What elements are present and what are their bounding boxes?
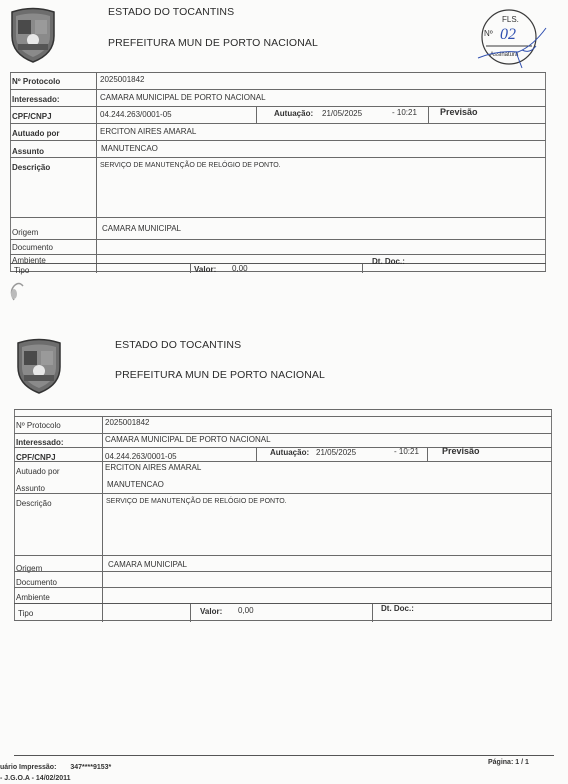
state-heading: ESTADO DO TOCANTINS	[108, 6, 234, 18]
footer-rule	[14, 755, 554, 756]
label-previsao: Previsão	[442, 447, 480, 462]
label-origem: Origem	[12, 229, 38, 239]
municipality-heading: PREFEITURA MUN DE PORTO NACIONAL	[115, 369, 325, 381]
value-autuacao-time: - 10:21	[394, 448, 419, 462]
row-documento: Documento	[10, 239, 546, 255]
value-autuacao-date: 21/05/2025	[322, 110, 362, 124]
row-documento: Documento	[14, 571, 552, 588]
row-autuado-por: Autuado por ERCITON AIRES AMARAL	[14, 461, 552, 479]
value-autuado-por: ERCITON AIRES AMARAL	[105, 464, 201, 479]
municipal-crest-icon	[8, 6, 58, 64]
label-previsao: Previsão	[440, 108, 478, 124]
municipality-heading: PREFEITURA MUN DE PORTO NACIONAL	[108, 37, 318, 49]
label-dt-doc: Dt. Doc.:	[381, 605, 414, 622]
label-descricao: Descrição	[12, 164, 50, 172]
label-autuacao: Autuação:	[274, 110, 313, 124]
stamp-fls-label: FLS.	[502, 15, 519, 24]
print-user-label: uário Impressão:	[0, 764, 56, 771]
value-autuacao-time: - 10:21	[392, 109, 417, 124]
row-autuado-por: Autuado por ERCITON AIRES AMARAL	[10, 123, 546, 141]
folio-stamp: FLS. Nº 02 Assinatura	[478, 6, 540, 68]
row-ambiente: Ambiente	[14, 587, 552, 604]
row-origem: Origem CAMARA MUNICIPAL	[14, 555, 552, 572]
row-protocolo: Nº Protocolo 2025001842	[14, 416, 552, 434]
row-assunto: Assunto MANUTENCAO	[10, 140, 546, 158]
row-origem: Origem CAMARA MUNICIPAL	[10, 224, 546, 239]
print-user-value: 347****9153*	[70, 764, 111, 771]
label-valor: Valor:	[200, 608, 222, 622]
label-valor: Valor:	[194, 266, 216, 273]
row-tipo: Tipo Valor: 0,00 Dt. Doc.:	[10, 263, 546, 273]
state-heading: ESTADO DO TOCANTINS	[115, 339, 241, 351]
row-descricao: Descrição SERVIÇO DE MANUTENÇÃO DE RELÓG…	[10, 157, 546, 218]
value-descricao: SERVIÇO DE MANUTENÇÃO DE RELÓGIO DE PONT…	[106, 498, 287, 505]
row-descricao: Descrição SERVIÇO DE MANUTENÇÃO DE RELÓG…	[14, 493, 552, 556]
page-indicator: Página: 1 / 1	[488, 759, 529, 766]
row-cpf-cnpj: CPF/CNPJ 04.244.263/0001-05 Autuação: 21…	[14, 447, 552, 462]
value-descricao: SERVIÇO DE MANUTENÇÃO DE RELÓGIO DE PONT…	[100, 162, 281, 169]
row-tipo: Tipo Valor: 0,00 Dt. Doc.:	[14, 603, 552, 622]
value-origem: CAMARA MUNICIPAL	[102, 225, 181, 239]
row-assunto: Assunto MANUTENCAO	[14, 478, 552, 493]
paper-clip-mark-icon	[8, 280, 28, 302]
protocol-form-copy-2: Nº Protocolo 2025001842 Interessado: CAM…	[14, 409, 552, 621]
stamp-number-prefix: Nº	[484, 29, 493, 38]
system-version: - J.G.O.A - 14/02/2011	[0, 775, 71, 782]
page-label: Página:	[488, 759, 513, 766]
page-value: 1 / 1	[515, 759, 529, 766]
print-user: uário Impressão: 347****9153*	[0, 764, 111, 771]
protocol-form-copy-1: Nº Protocolo 2025001842 Interessado: CAM…	[10, 72, 546, 272]
value-valor: 0,00	[238, 607, 254, 622]
stamp-number: 02	[500, 26, 516, 43]
label-tipo: Tipo	[18, 610, 33, 622]
label-descricao: Descrição	[16, 500, 52, 508]
label-tipo: Tipo	[14, 267, 29, 273]
municipal-crest-icon	[14, 337, 64, 395]
row-interessado: Interessado: CAMARA MUNICIPAL DE PORTO N…	[10, 89, 546, 107]
value-assunto: MANUTENCAO	[107, 481, 164, 493]
label-assunto: Assunto	[16, 485, 45, 493]
row-cpf-cnpj: CPF/CNPJ 04.244.263/0001-05 Autuação: 21…	[10, 106, 546, 124]
row-protocolo: Nº Protocolo 2025001842	[10, 72, 546, 90]
value-protocolo: 2025001842	[100, 76, 145, 90]
value-valor: 0,00	[232, 265, 248, 273]
label-dt-doc: Dt. Doc.:	[372, 258, 405, 273]
value-protocolo: 2025001842	[105, 419, 150, 434]
